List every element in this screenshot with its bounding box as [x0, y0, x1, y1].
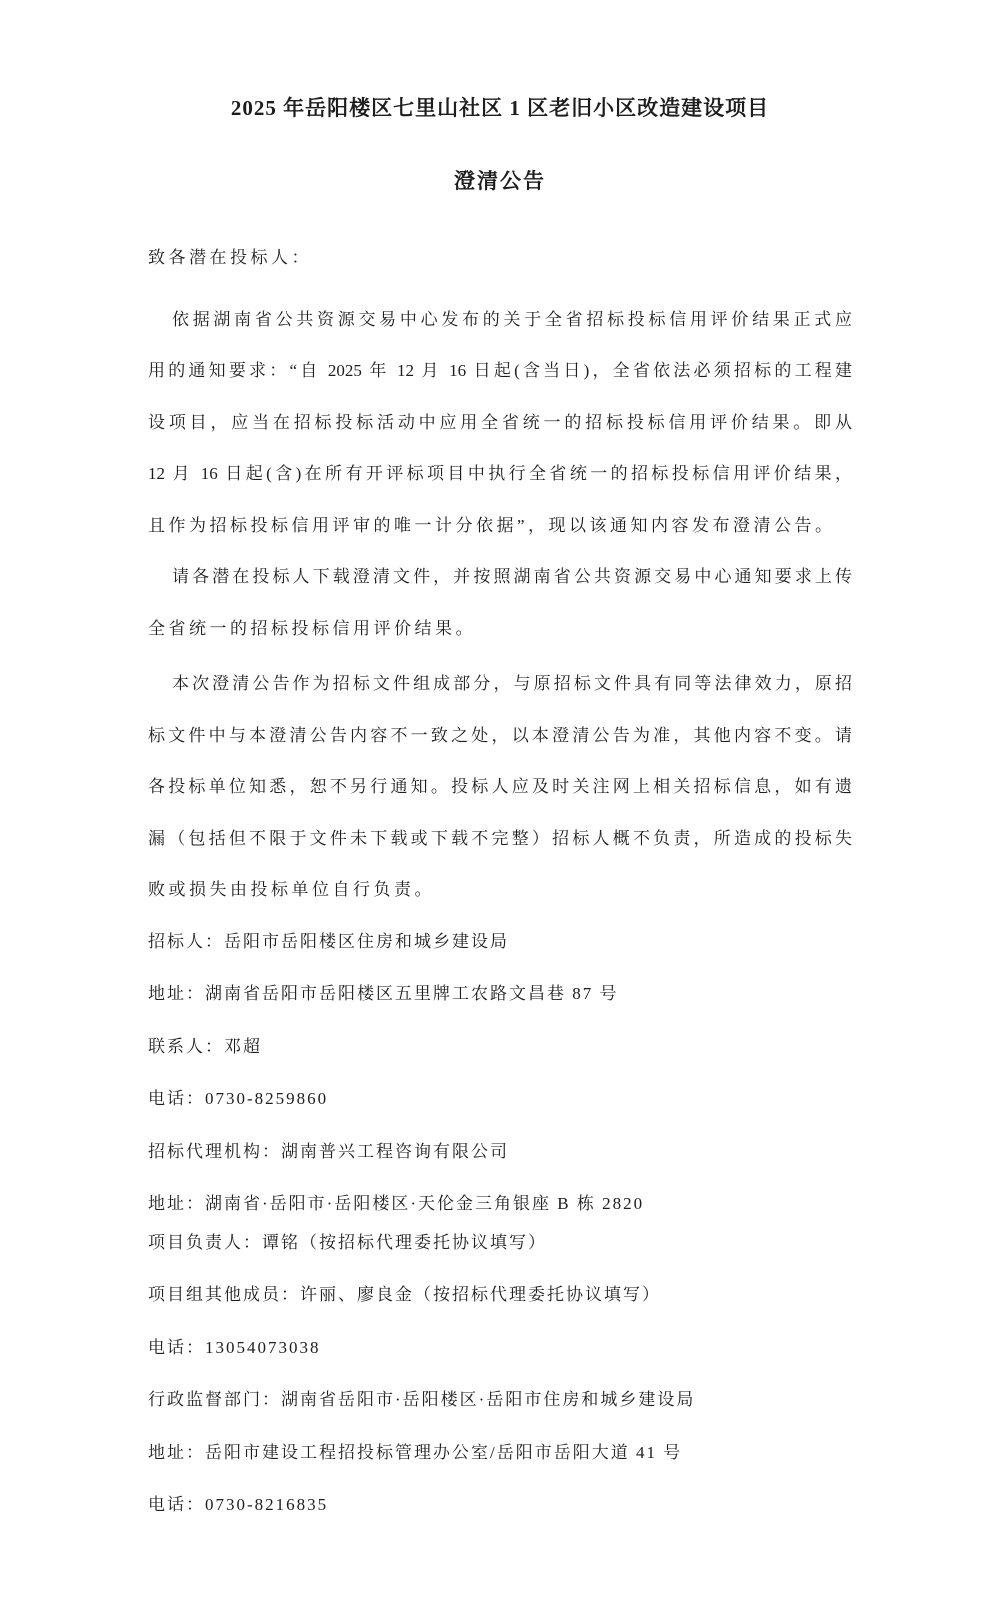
info-line-contact-person: 联系人：邓超 [148, 1021, 852, 1074]
info-line-project-members: 项目组其他成员：许丽、廖良金（按招标代理委托协议填写） [148, 1269, 852, 1322]
document-subtitle: 澄清公告 [148, 166, 852, 196]
paragraph-line: 且作为招标投标信用评审的唯一计分依据”，现以该通知内容发布澄清公告。 [148, 500, 852, 552]
paragraph-line: 各投标单位知悉，恕不另行通知。投标人应及时关注网上相关招标信息，如有遗 [148, 761, 852, 813]
paragraph-line: 12 月 16 日起(含)在所有开评标项目中执行全省统一的招标投标信用评价结果， [148, 448, 852, 500]
paragraph-line: 依据湖南省公共资源交易中心发布的关于全省招标投标信用评价结果正式应 [148, 294, 852, 346]
info-line-bidder: 招标人：岳阳市岳阳楼区住房和城乡建设局 [148, 916, 852, 969]
paragraph-notice-basis: 依据湖南省公共资源交易中心发布的关于全省招标投标信用评价结果正式应 用的通知要求… [148, 294, 852, 552]
document-page: 2025 年岳阳楼区七里山社区 1 区老旧小区改造建设项目 澄清公告 致各潜在投… [0, 0, 1000, 1614]
info-line-project-leader: 项目负责人：谭铭（按招标代理委托协议填写） [148, 1217, 852, 1270]
salutation-line: 致各潜在投标人： [148, 232, 852, 284]
paragraph-line: 用的通知要求：“自 2025 年 12 月 16 日起(含当日)，全省依法必须招… [148, 345, 852, 397]
paragraph-legal-effect: 本次澄清公告作为招标文件组成部分，与原招标文件具有同等法律效力，原招 标文件中与… [148, 658, 852, 916]
info-line-supervision-phone: 电话：0730-8216835 [148, 1479, 852, 1532]
paragraph-line: 漏（包括但不限于文件未下载或下载不完整）招标人概不负责，所造成的投标失 [148, 813, 852, 865]
info-line-bidder-address: 地址：湖南省岳阳市岳阳楼区五里牌工农路文昌巷 87 号 [148, 968, 852, 1021]
paragraph-line: 请各潜在投标人下载澄清文件，并按照湖南省公共资源交易中心通知要求上传 [148, 551, 852, 603]
info-line-agency: 招标代理机构：湖南普兴工程咨询有限公司 [148, 1126, 852, 1179]
paragraph-line: 本次澄清公告作为招标文件组成部分，与原招标文件具有同等法律效力，原招 [148, 658, 852, 710]
contact-info-section: 招标人：岳阳市岳阳楼区住房和城乡建设局 地址：湖南省岳阳市岳阳楼区五里牌工农路文… [148, 916, 852, 1532]
paragraph-line: 标文件中与本澄清公告内容不一致之处，以本澄清公告为准，其他内容不变。请 [148, 710, 852, 762]
info-line-supervision-address: 地址：岳阳市建设工程招投标管理办公室/岳阳市岳阳大道 41 号 [148, 1427, 852, 1480]
info-line-bidder-phone: 电话：0730-8259860 [148, 1073, 852, 1126]
info-line-supervision-dept: 行政监督部门：湖南省岳阳市·岳阳楼区·岳阳市住房和城乡建设局 [148, 1374, 852, 1427]
paragraph-line: 全省统一的招标投标信用评价结果。 [148, 603, 852, 655]
paragraph-download-request: 请各潜在投标人下载澄清文件，并按照湖南省公共资源交易中心通知要求上传 全省统一的… [148, 551, 852, 654]
document-title: 2025 年岳阳楼区七里山社区 1 区老旧小区改造建设项目 [148, 93, 852, 123]
paragraph-line: 败或损失由投标单位自行负责。 [148, 864, 852, 916]
info-line-agency-phone: 电话：13054073038 [148, 1322, 852, 1375]
paragraph-line: 设项目，应当在招标投标活动中应用全省统一的招标投标信用评价结果。即从 [148, 397, 852, 449]
